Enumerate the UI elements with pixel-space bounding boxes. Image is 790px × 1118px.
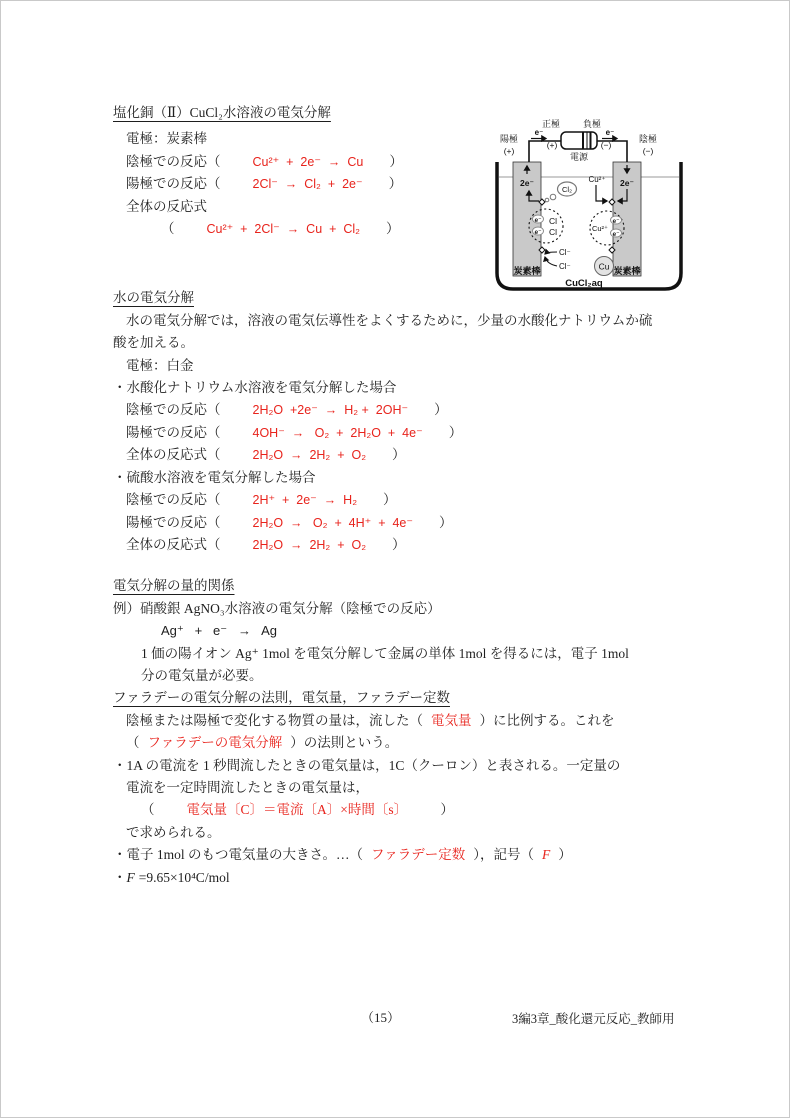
answer-h2so4-overall-formula: 2H₂O → 2H₂ + O₂ [253,538,367,552]
cu-atom-label: Cu [599,262,610,272]
open-paren: （ [161,221,175,236]
close-paren: ） [392,537,406,552]
naoh-case-line: ・水酸化ナトリウム水溶液を電気分解した場合 [113,377,713,399]
law-line-1: 陰極または陽極で変化する物質の量は，流した（電気量）に比例する。これを [113,710,713,732]
answer-h2so4-cathode-formula: 2H⁺ + 2e⁻ → H₂ [253,493,358,507]
cathode-sign: (−) [643,146,654,156]
note-text-1: 1 価の陽イオン Ag⁺ 1mol を電気分解して金属の単体 1mol を得るに… [141,646,629,661]
electron-small-label: e⁻ [612,231,619,238]
answer-anode-formula: 2Cl⁻ → Cl₂ + 2e⁻ [253,177,363,191]
cl-atom-label: Cl [549,216,557,226]
open-paren: （ [207,154,221,169]
close-paren: ） [473,847,480,862]
open-paren: （ [520,847,534,862]
h2so4-overall-line: 全体の反応式（2H₂O → 2H₂ + O₂） [113,534,713,556]
cu-ion-circle-label: Cu²⁺ [592,224,608,233]
h2so4-anode-line: 陽極での反応（2H₂O → O₂ + 4H⁺ + 4e⁻） [113,512,713,534]
battery-plus-sign: (+) [547,140,558,150]
solution-label: CuCl₂aq [565,278,603,289]
fc-mid: ，記号 [480,847,521,862]
coulomb-line-2: 電流を一定時間流したときの電気量は， [113,777,713,799]
naoh-overall-line: 全体の反応式（2H₂O → 2H₂ + O₂） [113,444,713,466]
section-water-title: 水の電気分解 [113,290,194,305]
section-quantitative: 電気分解の量的関係 例）硝酸銀 AgNO₃水溶液の電気分解（陰極での反応） Ag… [113,575,713,687]
carbon-rod-label-right: 炭素棒 [613,265,640,276]
electron-label-left: e⁻ [535,128,544,137]
coulomb-text-1: ・1A の電流を 1 秒間流したときの電気量は，1C（クーロン）と表される。一定… [113,758,620,773]
intro-text-1: 水の電気分解では，溶液の電気伝導性をよくするために，少量の水酸化ナトリウムか硫 [126,313,652,328]
cu-ion-arrow [596,185,607,201]
formula-post-line: で求められる。 [113,822,713,844]
ag-equation: Ag⁺ + e⁻ → Ag [161,623,277,638]
open-paren: （ [207,492,221,507]
electrolysis-cell-diagram: 正極 負極 電源 (+) (−) e⁻ e⁻ 陽極 (+) 陰極 (−) 2e⁻… [493,103,690,293]
power-source-label: 電源 [570,152,589,162]
bubble-small [550,194,556,200]
answer-faraday-constant: ファラデー定数 [371,847,465,862]
example-text: 例）硝酸銀 AgNO₃水溶液の電気分解（陰極での反応） [113,601,441,616]
negative-terminal-label: 負極 [583,118,601,129]
cathode-label: 陰極での反応 [126,492,207,507]
open-paren: （ [207,447,221,462]
open-paren: （ [207,176,221,191]
h2so4-cathode-line: 陰極での反応（2H⁺ + 2e⁻ → H₂） [113,489,713,511]
intro-line-1: 水の電気分解では，溶液の電気伝導性をよくするために，少量の水酸化ナトリウムか硫 [113,310,713,332]
ag-equation-line: Ag⁺ + e⁻ → Ag [113,620,713,642]
anode-label: 陽極での反応 [126,425,207,440]
answer-cathode-formula: Cu²⁺ + 2e⁻ → Cu [253,155,364,169]
coulomb-line-1: ・1A の電流を 1 秒間流したときの電気量は，1C（クーロン）と表される。一定… [113,755,713,777]
anode-sign: (+) [504,146,515,156]
close-paren: ） [389,154,403,169]
intro-line-2: 酸を加える。 [113,332,713,354]
faraday-constant-line: ・電子 1mol のもつ電気量の大きさ。…（ファラデー定数），記号（F） [113,844,713,866]
answer-h2so4-anode-formula: 2H₂O → O₂ + 4H⁺ + 4e⁻ [253,516,413,530]
naoh-cathode-line: 陰極での反応（2H₂O +2e⁻ → H₂ + 2OH⁻） [113,399,713,421]
overall-label: 全体の反応式 [126,447,207,462]
close-paren: ） [449,425,463,440]
answer-naoh-overall-formula: 2H₂O → 2H₂ + O₂ [253,448,367,462]
footer-doc-label: 3編3章_酸化還元反応_教師用 [512,1009,675,1027]
coulomb-text-2: 電流を一定時間流したときの電気量は， [126,780,369,795]
symbol-f: F [127,870,135,885]
close-paren: ） [434,402,448,417]
law-mid: に比例する。これを [493,713,615,728]
cu-ion-label: Cu²⁺ [588,175,605,184]
close-paren: ） [392,447,406,462]
answer-naoh-cathode-formula: 2H₂O +2e⁻ → H₂ + 2OH⁻ [253,403,409,417]
note-line-2: 分の電気量が必要。 [113,665,713,687]
section-quant-title: 電気分解の量的関係 [113,578,235,593]
cathode-label: 陰極での反応 [126,154,207,169]
two-e-left-label: 2e⁻ [520,178,534,188]
const-bullet: ・ [113,870,127,885]
cathode-label: 陰極 [639,133,657,144]
fc-pre: ・電子 1mol のもつ電気量の大きさ。… [113,847,349,862]
h2so4-case-line: ・硫酸水溶液を電気分解した場合 [113,467,713,489]
close-paren: ） [439,515,453,530]
note-text-2: 分の電気量が必要。 [141,668,263,683]
electrode-note: 電極：白金 [126,358,194,373]
electron-small-label: e⁻ [534,217,541,224]
two-e-right-label: 2e⁻ [620,178,634,188]
battery-minus-sign: (−) [601,140,612,150]
overall-label: 全体の反応式 [126,537,207,552]
footer-page-number: （15） [361,1007,400,1026]
example-line: 例）硝酸銀 AgNO₃水溶液の電気分解（陰極での反応） [113,598,713,620]
open-paren: （ [126,735,140,750]
open-paren: （ [141,802,155,817]
electrode-note: 電極：炭素棒 [126,131,207,146]
answer-symbol-f: F [542,847,550,862]
bubble-small [545,198,549,202]
close-paren: ） [558,847,572,862]
cathode-label: 陰極での反応 [126,402,207,417]
section-faraday: ファラデーの電気分解の法則，電気量，ファラデー定数 陰極または陽極で変化する物質… [113,687,713,889]
answer-electric-charge: 電気量 [431,713,472,728]
close-paren: ） [386,221,400,236]
section-water-electrolysis: 水の電気分解 水の電気分解では，溶液の電気伝導性をよくするために，少量の水酸化ナ… [113,287,713,556]
section-title-line: ファラデーの電気分解の法則，電気量，ファラデー定数 [113,687,713,709]
anode-label: 陽極での反応 [126,176,207,191]
open-paren: （ [410,713,424,728]
note-line-1: 1 価の陽イオン Ag⁺ 1mol を電気分解して金属の単体 1mol を得るに… [113,643,713,665]
document-page: 塩化銅（Ⅱ）CuCl₂水溶液の電気分解 電極：炭素棒 陰極での反応（Cu²⁺ +… [0,0,790,1118]
electron-small-label: e⁻ [612,218,619,225]
electrode-note-line: 電極：白金 [113,355,713,377]
cl-ion-label: Cl⁻ [559,248,571,257]
section-title-line: 電気分解の量的関係 [113,575,713,597]
positive-terminal-label: 正極 [542,118,560,129]
cl-atom-label: Cl [549,227,557,237]
overall-label: 全体の反応式 [126,199,207,214]
h2so4-case-bullet: ・硫酸水溶液を電気分解した場合 [113,470,316,485]
law-post: の法則という。 [304,735,399,750]
battery-body [561,132,597,149]
cl-ion-arrow [545,252,557,254]
answer-overall-formula: Cu²⁺ + 2Cl⁻ → Cu + Cl₂ [207,222,361,236]
open-paren: （ [207,515,221,530]
naoh-case-bullet: ・水酸化ナトリウム水溶液を電気分解した場合 [113,380,396,395]
close-paren: ） [480,713,494,728]
intro-text-2: 酸を加える。 [113,335,194,350]
electron-small-label: e⁻ [534,229,541,236]
section-cucl2-title: 塩化銅（Ⅱ）CuCl₂水溶液の電気分解 [113,105,331,120]
carbon-rod-label-left: 炭素棒 [513,265,540,276]
open-paren: （ [349,847,363,862]
cl-ion-label: Cl⁻ [559,262,571,271]
section-faraday-title: ファラデーの電気分解の法則，電気量，ファラデー定数 [113,690,450,705]
constant-value-line: ・F=9.65×10⁴C/mol [113,867,713,889]
answer-naoh-anode-formula: 4OH⁻ → O₂ + 2H₂O + 4e⁻ [253,426,423,440]
formula-post-text: で求められる。 [126,825,221,840]
answer-faraday-law: ファラデーの電気分解 [148,735,283,750]
open-paren: （ [207,425,221,440]
charge-formula-line: （電気量〔C〕＝電流〔A〕×時間〔s〕） [113,799,713,821]
const-value: =9.65×10⁴C/mol [139,870,230,885]
close-paren: ） [290,735,304,750]
close-paren: ） [383,492,397,507]
close-paren: ） [440,802,454,817]
electron-label-right: e⁻ [606,128,615,137]
anode-label: 陽極での反応 [126,515,207,530]
cl2-label: Cl₂ [562,185,572,194]
law-pre: 陰極または陽極で変化する物質の量は，流した [126,713,410,728]
open-paren: （ [207,537,221,552]
close-paren: ） [389,176,403,191]
law-line-2: （ファラデーの電気分解）の法則という。 [113,732,713,754]
cl-ion-arrow [545,257,557,266]
anode-label: 陽極 [500,133,518,144]
open-paren: （ [207,402,221,417]
naoh-anode-line: 陽極での反応（4OH⁻ → O₂ + 2H₂O + 4e⁻） [113,422,713,444]
answer-charge-formula: 電気量〔C〕＝電流〔A〕×時間〔s〕 [187,802,401,817]
